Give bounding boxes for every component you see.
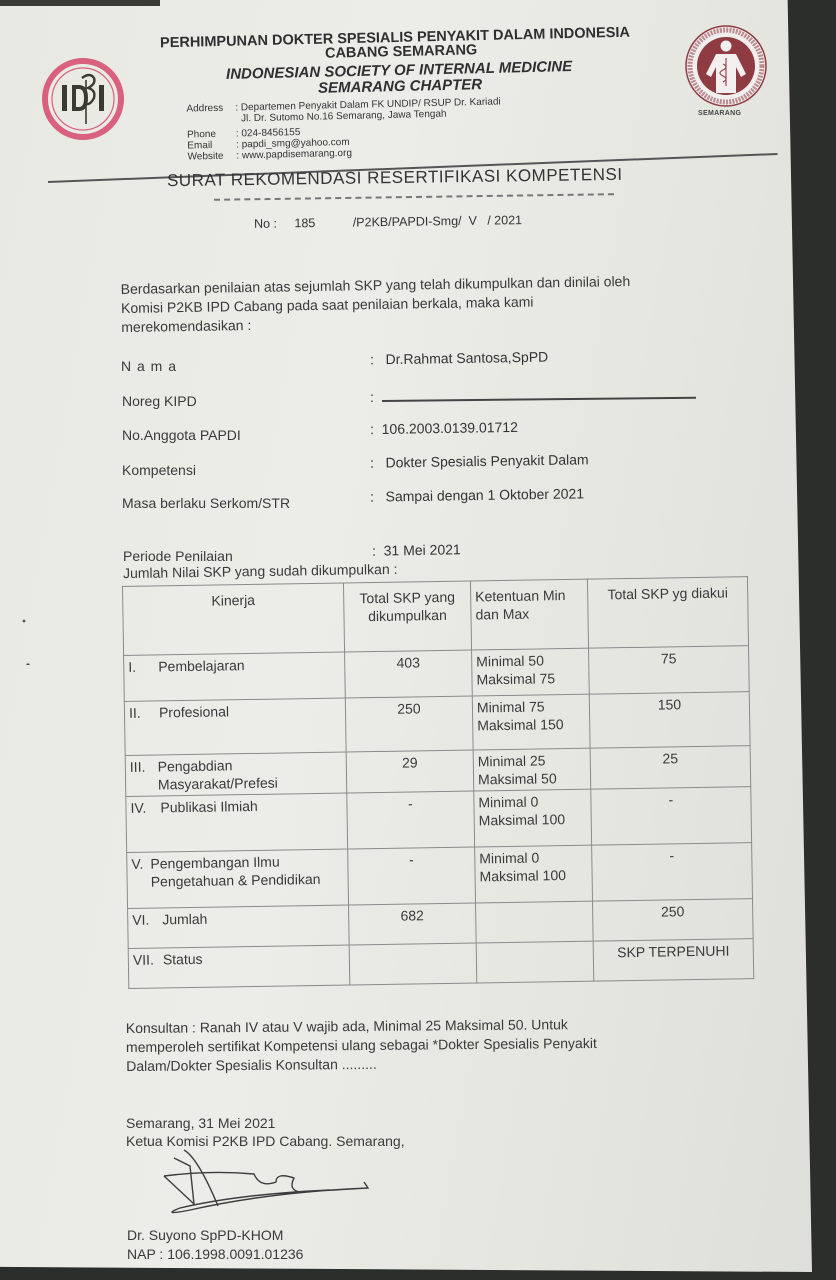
closing-block: Semarang, 31 Mei 2021 Ketua Komisi P2KB … (126, 1114, 405, 1150)
table-row: II.Profesional250Minimal 75 Maksimal 150… (124, 692, 750, 756)
cell-ketentuan: Minimal 50 Maksimal 75 (472, 648, 590, 696)
period-value: : 31 Mei 2021 (372, 541, 461, 558)
konsultan-note: Konsultan : Ranah IV atau V wajib ada, M… (126, 1015, 597, 1076)
cell-kinerja: V.Pengembangan Ilmu Pengetahuan & Pendid… (127, 849, 349, 908)
cell-kinerja: III.Pengabdian Masyarakat/Prefesi (125, 752, 347, 796)
papdi-logo-caption: SEMARANG (698, 110, 741, 117)
field-label-nama: N a m a (121, 358, 177, 374)
letter-number: No : 185 /P2KB/PAPDI-Smg/ V / 2021 (254, 213, 522, 231)
row-number: VII. (133, 950, 163, 968)
field-value-noreg: : (370, 389, 374, 405)
cell-total-skp: - (347, 791, 475, 849)
row-kinerja-label: Pengabdian Masyarakat/Prefesi (158, 755, 343, 794)
table-row: VII.StatusSKP TERPENUHI (128, 939, 754, 989)
skp-table: Kinerja Total SKP yang dikumpulkan Keten… (122, 576, 754, 989)
row-kinerja-label: Profesional (159, 702, 229, 721)
cell-kinerja: II.Profesional (124, 698, 346, 755)
signer-nap: NAP : 106.1998.0091.01236 (127, 1245, 303, 1264)
cell-kinerja: IV.Publikasi Ilmiah (126, 793, 348, 852)
idi-logo-icon (42, 58, 124, 140)
cell-total-skp (349, 943, 477, 985)
note-line: Dalam/Dokter Spesialis Konsultan .......… (126, 1053, 597, 1076)
cell-kinerja: VII.Status (128, 945, 350, 988)
table-row: V.Pengembangan Ilmu Pengetahuan & Pendid… (127, 843, 753, 909)
cell-ketentuan: Minimal 0 Maksimal 100 (475, 845, 593, 903)
header-total-skp: Total SKP yang dikumpulkan (343, 581, 471, 652)
row-number: VI. (132, 910, 162, 928)
row-kinerja-label: Jumlah (162, 910, 207, 929)
letter-number-label: No : (254, 217, 277, 231)
cell-diakui: 250 (593, 899, 754, 942)
field-label-noreg: Noreg KIPD (122, 393, 197, 409)
signature-icon (150, 1148, 380, 1220)
row-kinerja-label: Pembelajaran (158, 656, 245, 675)
letter-number-value: 185 (294, 216, 315, 230)
cell-total-skp: 29 (346, 750, 474, 793)
row-number: I. (128, 657, 158, 675)
field-label-kompetensi: Kompetensi (122, 462, 196, 478)
cell-kinerja: VI.Jumlah (128, 905, 350, 948)
papdi-logo-icon (684, 24, 768, 108)
letter-title: SURAT REKOMENDASI RESERTIFIKASI KOMPETEN… (167, 165, 623, 191)
signer-block: Dr. Suyono SpPD-KHOM NAP : 106.1998.0091… (127, 1226, 303, 1264)
row-number: III. (130, 757, 158, 793)
cell-total-skp: - (348, 847, 476, 905)
field-label-masa-berlaku: Masa berlaku Serkom/STR (122, 495, 290, 511)
paper-speck-marks (18, 615, 38, 665)
row-number: V. (131, 855, 151, 891)
row-kinerja-label: Status (163, 950, 203, 969)
cell-total-skp: 403 (345, 650, 473, 698)
field-value-nama: : Dr.Rahmat Santosa,SpPD (370, 349, 548, 368)
cell-diakui: - (591, 787, 752, 846)
field-value-anggota: : 106.2003.0139.01712 (370, 419, 518, 437)
field-value-masa-berlaku: : Sampai dengan 1 Oktober 2021 (370, 485, 584, 504)
field-label-anggota: No.Anggota PAPDI (122, 427, 241, 443)
contact-block: Address : Departemen Penyakit Dalam FK U… (186, 96, 502, 162)
cell-diakui: 150 (589, 692, 750, 749)
cell-kinerja: I.Pembelajaran (124, 652, 346, 701)
row-number: IV. (130, 798, 160, 816)
row-kinerja-label: Pengembangan Ilmu Pengetahuan & Pendidik… (150, 852, 343, 891)
org-branch-en: SEMARANG CHAPTER (318, 76, 483, 97)
website-link[interactable]: www.papdisemarang.org (242, 148, 352, 161)
org-branch-id: CABANG SEMARANG (325, 42, 478, 61)
place-date: Semarang, 31 Mei 2021 (126, 1114, 405, 1132)
intro-paragraph: Berdasarkan penilaian atas sejumlah SKP … (121, 272, 631, 337)
cell-diakui: SKP TERPENUHI (593, 939, 754, 982)
title-underline (214, 193, 614, 201)
letter-number-suffix: /P2KB/PAPDI-Smg/ V / 2021 (353, 213, 522, 229)
header-kinerja: Kinerja (123, 583, 345, 655)
cell-ketentuan (476, 941, 594, 983)
signer-name: Dr. Suyono SpPD-KHOM (127, 1226, 303, 1245)
cell-total-skp: 250 (345, 696, 473, 752)
cell-ketentuan: Minimal 25 Maksimal 50 (473, 748, 591, 791)
noreg-blank-line (382, 397, 696, 402)
row-kinerja-label: Publikasi Ilmiah (160, 797, 258, 817)
cell-diakui: - (592, 843, 753, 902)
document-paper: PERHIMPUNAN DOKTER SPESIALIS PENYAKIT DA… (0, 0, 812, 1272)
row-number: II. (129, 703, 159, 721)
cell-diakui: 75 (589, 646, 750, 695)
header-ketentuan: Ketentuan Min dan Max (470, 579, 588, 650)
period-label: Periode Penilaian (123, 548, 233, 564)
table-header-row: Kinerja Total SKP yang dikumpulkan Keten… (123, 577, 749, 656)
cell-diakui: 25 (590, 746, 751, 790)
cell-ketentuan: Minimal 75 Maksimal 150 (472, 694, 590, 750)
cell-ketentuan (476, 901, 594, 943)
table-row: IV.Publikasi Ilmiah-Minimal 0 Maksimal 1… (126, 787, 752, 853)
cell-ketentuan: Minimal 0 Maksimal 100 (474, 789, 592, 847)
header-diakui: Total SKP yg diakui (587, 577, 748, 649)
background-edge (0, 0, 160, 6)
field-value-kompetensi: : Dokter Spesialis Penyakit Dalam (370, 451, 589, 470)
skp-heading: Jumlah Nilai SKP yang sudah dikumpulkan … (123, 561, 398, 581)
cell-total-skp: 682 (349, 903, 477, 945)
